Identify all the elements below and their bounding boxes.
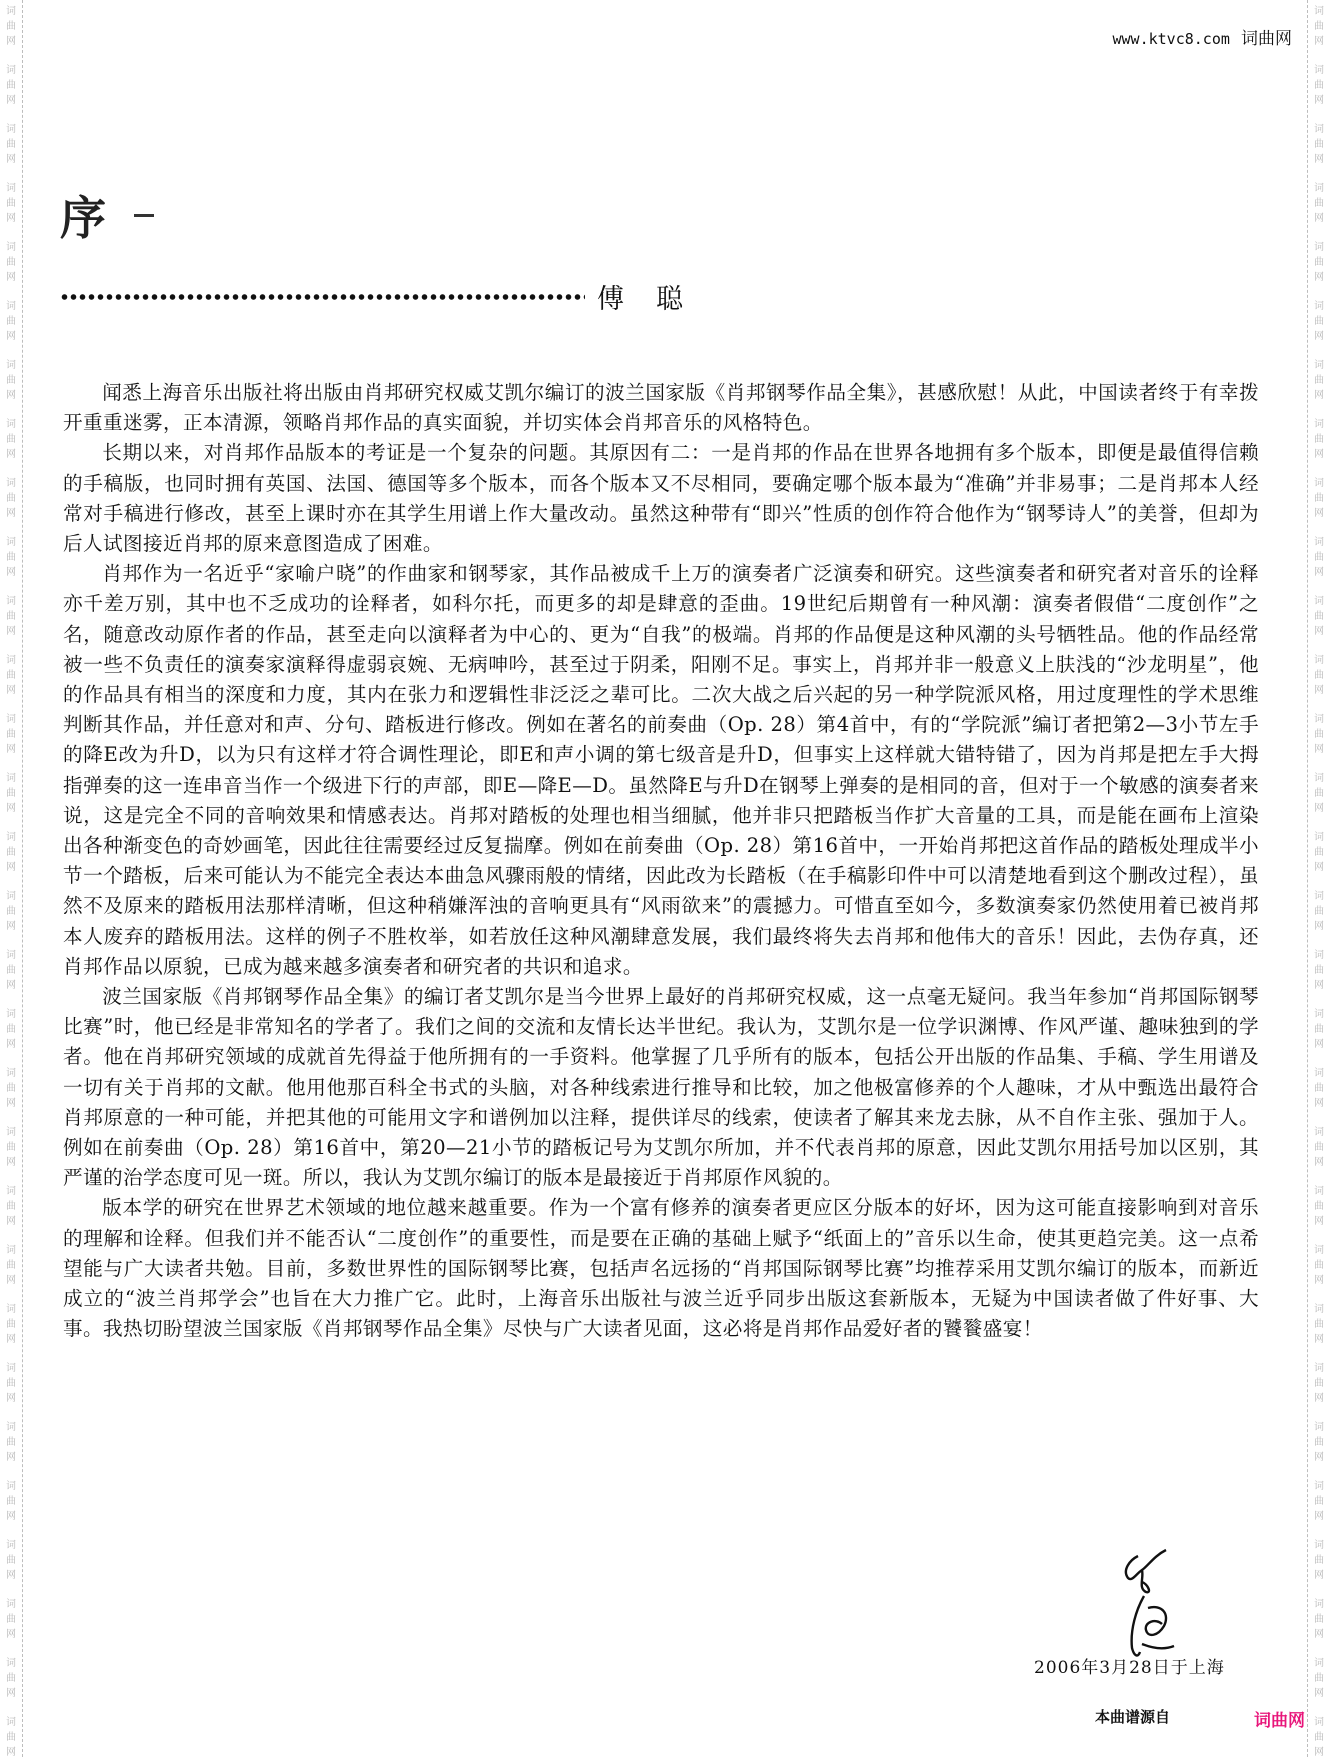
watermark-char: 词	[6, 122, 16, 137]
watermark-char: 网	[6, 801, 16, 816]
watermark-group: 词曲网	[1314, 476, 1324, 521]
watermark-char: 网	[6, 624, 16, 639]
watermark-group: 词曲网	[1314, 1656, 1324, 1701]
watermark-group: 词曲网	[6, 1597, 16, 1642]
watermark-char: 词	[1314, 1184, 1324, 1199]
watermark-char: 曲	[1314, 1199, 1324, 1214]
watermark-char: 网	[1314, 1155, 1324, 1170]
watermark-char: 网	[6, 1450, 16, 1465]
watermark-char: 网	[6, 93, 16, 108]
watermark-char: 词	[6, 830, 16, 845]
watermark-char: 词	[6, 1302, 16, 1317]
watermark-group: 词曲网	[6, 4, 16, 49]
watermark-char: 网	[6, 388, 16, 403]
watermark-group: 词曲网	[1314, 1361, 1324, 1406]
watermark-char: 网	[6, 1273, 16, 1288]
watermark-char: 曲	[6, 550, 16, 565]
watermark-char: 词	[6, 358, 16, 373]
watermark-char: 曲	[6, 845, 16, 860]
watermark-group: 词曲网	[6, 181, 16, 226]
watermark-char: 词	[1314, 122, 1324, 137]
watermark-group: 词曲网	[6, 712, 16, 757]
watermark-char: 网	[1314, 978, 1324, 993]
watermark-char: 网	[1314, 919, 1324, 934]
watermark-char: 词	[1314, 476, 1324, 491]
watermark-char: 网	[1314, 1745, 1324, 1757]
watermark-char: 曲	[1314, 196, 1324, 211]
watermark-char: 曲	[6, 491, 16, 506]
watermark-group: 词曲网	[6, 299, 16, 344]
watermark-char: 网	[6, 978, 16, 993]
watermark-char: 曲	[6, 1199, 16, 1214]
watermark-char: 词	[1314, 889, 1324, 904]
watermark-group: 词曲网	[6, 535, 16, 580]
site-header: www.ktvc8.com 词曲网	[1113, 24, 1293, 49]
watermark-group: 词曲网	[6, 122, 16, 167]
watermark-char: 网	[1314, 1332, 1324, 1347]
watermark-group: 词曲网	[1314, 1302, 1324, 1347]
watermark-group: 词曲网	[1314, 1007, 1324, 1052]
watermark-char: 曲	[6, 1258, 16, 1273]
source-footer: 本曲谱源自 词曲网	[1095, 1706, 1305, 1731]
watermark-char: 词	[6, 1361, 16, 1376]
watermark-group: 词曲网	[6, 1243, 16, 1288]
watermark-char: 曲	[1314, 1671, 1324, 1686]
watermark-char: 词	[6, 535, 16, 550]
watermark-char: 曲	[6, 668, 16, 683]
dotted-leader	[60, 293, 585, 301]
watermark-char: 网	[1314, 683, 1324, 698]
watermark-char: 曲	[1314, 137, 1324, 152]
title-numeral-bar	[134, 214, 154, 217]
watermark-group: 词曲网	[1314, 63, 1324, 108]
watermark-char: 网	[6, 1627, 16, 1642]
watermark-char: 网	[6, 506, 16, 521]
watermark-char: 曲	[6, 1376, 16, 1391]
watermark-group: 词曲网	[6, 1125, 16, 1170]
watermark-char: 词	[1314, 1361, 1324, 1376]
source-brand-link[interactable]: 词曲网	[1254, 1706, 1305, 1731]
watermark-char: 网	[6, 211, 16, 226]
watermark-char: 曲	[6, 786, 16, 801]
watermark-char: 曲	[1314, 78, 1324, 93]
watermark-char: 词	[1314, 358, 1324, 373]
watermark-char: 曲	[1314, 727, 1324, 742]
watermark-char: 网	[1314, 1391, 1324, 1406]
watermark-char: 曲	[1314, 1612, 1324, 1627]
site-name: 词曲网	[1241, 29, 1292, 49]
watermark-group: 词曲网	[1314, 889, 1324, 934]
watermark-char: 曲	[6, 1435, 16, 1450]
watermark-group: 词曲网	[6, 1538, 16, 1583]
watermark-char: 曲	[1314, 904, 1324, 919]
watermark-char: 网	[1314, 565, 1324, 580]
watermark-group: 词曲网	[1314, 417, 1324, 462]
watermark-group: 词曲网	[1314, 4, 1324, 49]
watermark-char: 曲	[1314, 1258, 1324, 1273]
watermark-group: 词曲网	[6, 594, 16, 639]
watermark-char: 网	[6, 1568, 16, 1583]
watermark-group: 词曲网	[1314, 299, 1324, 344]
watermark-group: 词曲网	[1314, 1243, 1324, 1288]
watermark-char: 网	[1314, 624, 1324, 639]
watermark-char: 词	[6, 889, 16, 904]
watermark-char: 词	[1314, 1066, 1324, 1081]
watermark-group: 词曲网	[1314, 240, 1324, 285]
watermark-group: 词曲网	[6, 1066, 16, 1111]
watermark-group: 词曲网	[1314, 1715, 1324, 1757]
watermark-group: 词曲网	[6, 1715, 16, 1757]
watermark-char: 网	[6, 1096, 16, 1111]
watermark-group: 词曲网	[6, 476, 16, 521]
watermark-group: 词曲网	[1314, 1538, 1324, 1583]
watermark-char: 词	[6, 1715, 16, 1730]
watermark-char: 曲	[1314, 1494, 1324, 1509]
watermark-char: 曲	[1314, 963, 1324, 978]
source-label: 本曲谱源自	[1095, 1706, 1170, 1731]
watermark-char: 网	[1314, 1509, 1324, 1524]
watermark-char: 词	[6, 299, 16, 314]
watermark-char: 网	[1314, 93, 1324, 108]
watermark-char: 曲	[6, 255, 16, 270]
watermark-char: 曲	[6, 1494, 16, 1509]
watermark-char: 词	[6, 4, 16, 19]
watermark-char: 词	[1314, 181, 1324, 196]
watermark-char: 网	[1314, 1273, 1324, 1288]
watermark-char: 词	[1314, 1007, 1324, 1022]
watermark-char: 词	[1314, 830, 1324, 845]
watermark-char: 曲	[6, 19, 16, 34]
signature-icon	[1108, 1548, 1188, 1663]
watermark-group: 词曲网	[6, 653, 16, 698]
watermark-char: 网	[1314, 1627, 1324, 1642]
watermark-char: 曲	[6, 1730, 16, 1745]
date-place: 2006年3月28日于上海	[1034, 1653, 1225, 1678]
watermark-char: 曲	[6, 1022, 16, 1037]
watermark-char: 曲	[6, 137, 16, 152]
watermark-char: 网	[6, 860, 16, 875]
watermark-group: 词曲网	[6, 1420, 16, 1465]
watermark-char: 网	[6, 742, 16, 757]
watermark-char: 曲	[1314, 314, 1324, 329]
watermark-char: 词	[1314, 1656, 1324, 1671]
watermark-char: 网	[1314, 329, 1324, 344]
watermark-char: 曲	[6, 609, 16, 624]
watermark-group: 词曲网	[6, 240, 16, 285]
watermark-char: 网	[6, 447, 16, 462]
watermark-char: 词	[1314, 63, 1324, 78]
watermark-char: 网	[6, 34, 16, 49]
watermark-char: 词	[1314, 1538, 1324, 1553]
watermark-char: 网	[1314, 1450, 1324, 1465]
paragraph-3: 肖邦作为一名近乎“家喻户晓”的作曲家和钢琴家，其作品被成千上万的演奏者广泛演奏和…	[63, 559, 1259, 982]
watermark-group: 词曲网	[1314, 712, 1324, 757]
watermark-group: 词曲网	[6, 771, 16, 816]
watermark-char: 网	[6, 683, 16, 698]
watermark-char: 词	[1314, 1420, 1324, 1435]
watermark-char: 词	[6, 1420, 16, 1435]
watermark-char: 词	[1314, 1302, 1324, 1317]
watermark-char: 词	[1314, 4, 1324, 19]
watermark-char: 曲	[1314, 1081, 1324, 1096]
watermark-char: 曲	[1314, 432, 1324, 447]
watermark-char: 曲	[1314, 609, 1324, 624]
watermark-char: 网	[6, 152, 16, 167]
preface-title: 序	[60, 182, 154, 248]
watermark-char: 曲	[1314, 255, 1324, 270]
watermark-group: 词曲网	[6, 1184, 16, 1229]
watermark-group: 词曲网	[1314, 830, 1324, 875]
watermark-char: 曲	[1314, 1140, 1324, 1155]
watermark-char: 词	[6, 653, 16, 668]
watermark-group: 词曲网	[1314, 653, 1324, 698]
watermark-char: 词	[6, 240, 16, 255]
watermark-char: 网	[6, 1745, 16, 1757]
watermark-char: 曲	[1314, 1730, 1324, 1745]
left-watermark-strip: 词曲网词曲网词曲网词曲网词曲网词曲网词曲网词曲网词曲网词曲网词曲网词曲网词曲网词…	[0, 0, 23, 1757]
watermark-char: 词	[1314, 417, 1324, 432]
watermark-char: 词	[1314, 299, 1324, 314]
watermark-char: 词	[6, 712, 16, 727]
watermark-char: 词	[1314, 1597, 1324, 1612]
watermark-group: 词曲网	[1314, 1479, 1324, 1524]
watermark-char: 曲	[6, 1317, 16, 1332]
watermark-char: 词	[6, 948, 16, 963]
paragraph-5: 版本学的研究在世界艺术领域的地位越来越重要。作为一个富有修养的演奏者更应区分版本…	[63, 1193, 1259, 1344]
watermark-char: 曲	[1314, 668, 1324, 683]
watermark-group: 词曲网	[1314, 1125, 1324, 1170]
watermark-group: 词曲网	[1314, 122, 1324, 167]
watermark-char: 曲	[1314, 373, 1324, 388]
watermark-char: 词	[6, 1184, 16, 1199]
watermark-char: 网	[1314, 1568, 1324, 1583]
watermark-group: 词曲网	[6, 1302, 16, 1347]
watermark-group: 词曲网	[1314, 535, 1324, 580]
watermark-char: 网	[6, 1037, 16, 1052]
watermark-char: 曲	[1314, 845, 1324, 860]
watermark-char: 网	[6, 1155, 16, 1170]
watermark-char: 曲	[6, 78, 16, 93]
watermark-group: 词曲网	[1314, 1420, 1324, 1465]
watermark-char: 词	[1314, 1715, 1324, 1730]
watermark-char: 词	[6, 1066, 16, 1081]
preface-body: 闻悉上海音乐出版社将出版由肖邦研究权威艾凯尔编订的波兰国家版《肖邦钢琴作品全集》…	[63, 378, 1259, 1345]
watermark-char: 曲	[1314, 550, 1324, 565]
watermark-char: 网	[1314, 34, 1324, 49]
watermark-group: 词曲网	[1314, 948, 1324, 993]
watermark-char: 网	[6, 1686, 16, 1701]
watermark-group: 词曲网	[1314, 181, 1324, 226]
watermark-char: 曲	[1314, 1435, 1324, 1450]
watermark-char: 词	[6, 771, 16, 786]
watermark-char: 网	[6, 1214, 16, 1229]
watermark-group: 词曲网	[6, 948, 16, 993]
watermark-group: 词曲网	[6, 889, 16, 934]
watermark-char: 网	[1314, 1037, 1324, 1052]
watermark-char: 网	[6, 1391, 16, 1406]
watermark-char: 词	[1314, 594, 1324, 609]
watermark-char: 词	[1314, 948, 1324, 963]
paragraph-1: 闻悉上海音乐出版社将出版由肖邦研究权威艾凯尔编订的波兰国家版《肖邦钢琴作品全集》…	[63, 378, 1259, 438]
watermark-char: 词	[1314, 712, 1324, 727]
watermark-char: 词	[6, 1243, 16, 1258]
site-url[interactable]: www.ktvc8.com	[1113, 30, 1230, 48]
watermark-char: 网	[1314, 860, 1324, 875]
watermark-char: 网	[1314, 152, 1324, 167]
watermark-char: 曲	[6, 963, 16, 978]
watermark-char: 词	[6, 181, 16, 196]
watermark-group: 词曲网	[6, 417, 16, 462]
watermark-group: 词曲网	[1314, 771, 1324, 816]
watermark-group: 词曲网	[6, 1007, 16, 1052]
watermark-char: 曲	[6, 196, 16, 211]
watermark-char: 词	[1314, 1243, 1324, 1258]
watermark-char: 词	[6, 1538, 16, 1553]
watermark-char: 曲	[1314, 1553, 1324, 1568]
watermark-char: 网	[6, 1332, 16, 1347]
watermark-char: 曲	[6, 1553, 16, 1568]
watermark-char: 网	[6, 270, 16, 285]
watermark-char: 曲	[6, 1671, 16, 1686]
watermark-char: 网	[1314, 447, 1324, 462]
watermark-char: 网	[1314, 742, 1324, 757]
watermark-group: 词曲网	[1314, 1597, 1324, 1642]
watermark-group: 词曲网	[1314, 1066, 1324, 1111]
watermark-char: 网	[1314, 506, 1324, 521]
watermark-char: 曲	[1314, 1317, 1324, 1332]
watermark-char: 曲	[1314, 1376, 1324, 1391]
watermark-char: 词	[6, 594, 16, 609]
watermark-group: 词曲网	[6, 1656, 16, 1701]
watermark-group: 词曲网	[1314, 358, 1324, 403]
watermark-char: 曲	[6, 904, 16, 919]
watermark-char: 网	[1314, 1214, 1324, 1229]
watermark-char: 词	[1314, 653, 1324, 668]
watermark-char: 词	[1314, 1125, 1324, 1140]
watermark-char: 曲	[1314, 19, 1324, 34]
watermark-group: 词曲网	[6, 830, 16, 875]
watermark-char: 词	[1314, 240, 1324, 255]
watermark-char: 网	[6, 919, 16, 934]
watermark-char: 曲	[6, 373, 16, 388]
right-watermark-strip: 词曲网词曲网词曲网词曲网词曲网词曲网词曲网词曲网词曲网词曲网词曲网词曲网词曲网词…	[1307, 0, 1330, 1757]
watermark-char: 词	[6, 417, 16, 432]
watermark-char: 词	[6, 1656, 16, 1671]
watermark-char: 网	[1314, 801, 1324, 816]
watermark-group: 词曲网	[6, 1361, 16, 1406]
watermark-char: 词	[6, 1125, 16, 1140]
watermark-char: 词	[6, 476, 16, 491]
watermark-char: 词	[6, 1007, 16, 1022]
watermark-group: 词曲网	[6, 63, 16, 108]
watermark-char: 词	[6, 63, 16, 78]
watermark-char: 曲	[6, 1612, 16, 1627]
watermark-char: 网	[1314, 388, 1324, 403]
watermark-char: 曲	[6, 432, 16, 447]
watermark-char: 网	[6, 329, 16, 344]
paragraph-2: 长期以来，对肖邦作品版本的考证是一个复杂的问题。其原因有二：一是肖邦的作品在世界…	[63, 438, 1259, 559]
watermark-char: 词	[6, 1597, 16, 1612]
watermark-char: 网	[1314, 270, 1324, 285]
watermark-char: 曲	[6, 1140, 16, 1155]
watermark-group: 词曲网	[1314, 594, 1324, 639]
watermark-group: 词曲网	[6, 1479, 16, 1524]
watermark-char: 曲	[1314, 491, 1324, 506]
title-main: 序	[60, 182, 108, 248]
paragraph-4: 波兰国家版《肖邦钢琴作品全集》的编订者艾凯尔是当今世界上最好的肖邦研究权威，这一…	[63, 982, 1259, 1193]
author-line: 傅聪	[60, 277, 715, 316]
watermark-char: 网	[1314, 1686, 1324, 1701]
watermark-char: 网	[1314, 211, 1324, 226]
watermark-char: 词	[6, 1479, 16, 1494]
watermark-char: 词	[1314, 1479, 1324, 1494]
watermark-char: 词	[1314, 535, 1324, 550]
watermark-group: 词曲网	[1314, 1184, 1324, 1229]
watermark-char: 词	[1314, 771, 1324, 786]
watermark-group: 词曲网	[6, 358, 16, 403]
author-name: 傅聪	[597, 277, 715, 316]
watermark-char: 曲	[6, 1081, 16, 1096]
watermark-char: 曲	[1314, 786, 1324, 801]
watermark-char: 网	[6, 1509, 16, 1524]
watermark-char: 网	[6, 565, 16, 580]
watermark-char: 曲	[1314, 1022, 1324, 1037]
watermark-char: 曲	[6, 314, 16, 329]
watermark-char: 曲	[6, 727, 16, 742]
watermark-char: 网	[1314, 1096, 1324, 1111]
